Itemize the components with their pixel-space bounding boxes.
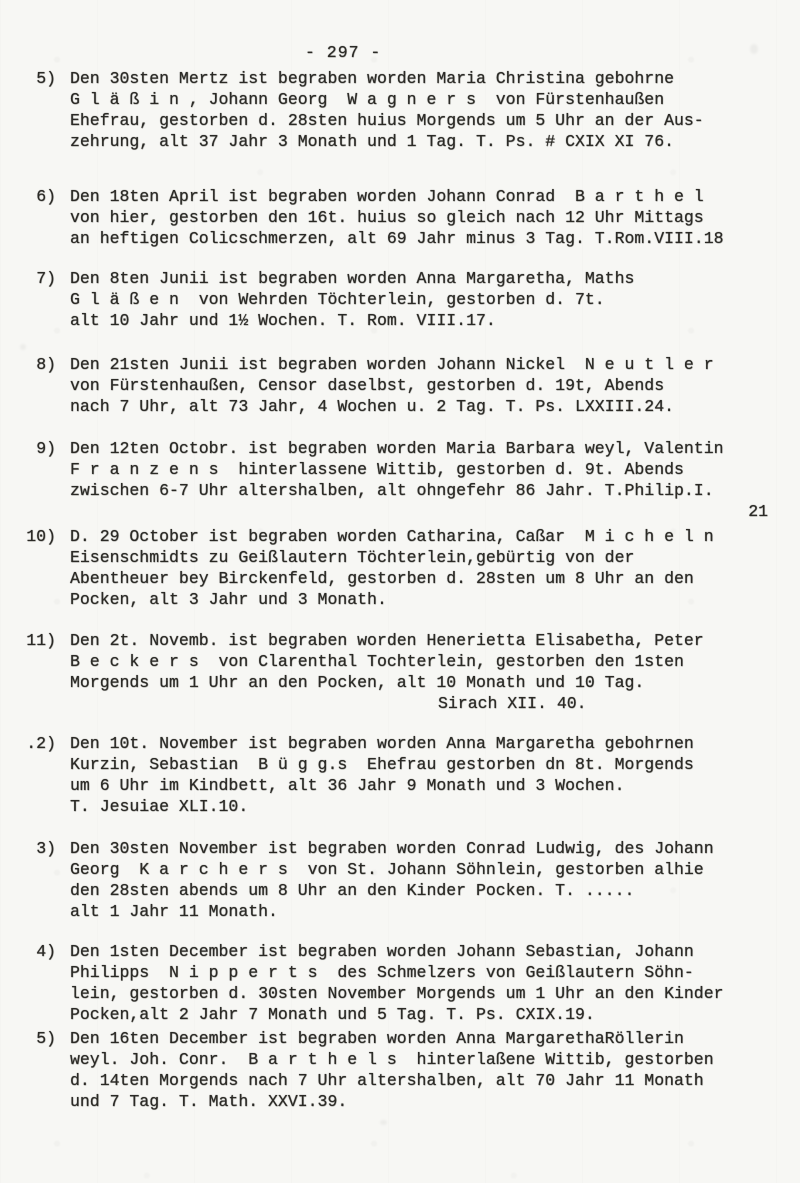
entry-line: von hier, gestorben den 16t. huius so gl… bbox=[70, 207, 780, 228]
entry-line: Den 8ten Junii ist begraben worden Anna … bbox=[70, 268, 780, 289]
entry-line: Pocken, alt 3 Jahr und 3 Monath. bbox=[70, 589, 780, 610]
entry-line: d. 14ten Morgends nach 7 Uhr altershalbe… bbox=[70, 1070, 780, 1091]
burial-entry-10: 10) D. 29 October ist begraben worden Ca… bbox=[14, 526, 786, 610]
scan-smudge bbox=[380, 1120, 387, 1125]
burial-entry-8: 8) Den 21sten Junii ist begraben worden … bbox=[14, 354, 786, 417]
entry-line: Den 12ten Octobr. ist begraben worden Ma… bbox=[70, 438, 780, 459]
entry-line: von Fürstenhaußen, Censor daselbst, gest… bbox=[70, 375, 780, 396]
entry-number: 10) bbox=[14, 526, 56, 547]
entry-line: T. Jesuiae XLI.10. bbox=[70, 796, 780, 817]
entry-line: Den 16ten December ist begraben worden A… bbox=[70, 1028, 780, 1049]
entry-line: und 7 Tag. T. Math. XXVI.39. bbox=[70, 1091, 780, 1112]
entry-number: 3) bbox=[14, 838, 56, 859]
entry-line: an heftigen Colicschmerzen, alt 69 Jahr … bbox=[70, 228, 780, 249]
entry-line: Morgends um 1 Uhr an den Pocken, alt 10 … bbox=[70, 672, 780, 693]
entry-line: Abentheuer bey Birckenfeld, gestorben d.… bbox=[70, 568, 780, 589]
entry-line: alt 10 Jahr und 1½ Wochen. T. Rom. VIII.… bbox=[70, 310, 780, 331]
burial-entry-7: 7) Den 8ten Junii ist begraben worden An… bbox=[14, 268, 786, 331]
page-number: - 297 - bbox=[305, 42, 381, 63]
entry-line: weyl. Joh. Conr. B a r t h e l s hinterl… bbox=[70, 1049, 780, 1070]
entry-line: Den 21sten Junii ist begraben worden Joh… bbox=[70, 354, 780, 375]
entry-line: Den 30sten November ist begraben worden … bbox=[70, 838, 780, 859]
entry-number: 8) bbox=[14, 354, 56, 375]
entry-page-ref: 21 bbox=[70, 501, 780, 522]
entry-line: Ehefrau, gestorben d. 28sten huius Morge… bbox=[70, 110, 780, 131]
entry-line: G l ä ß e n von Wehrden Töchterlein, ges… bbox=[70, 289, 780, 310]
entry-line: Philipps N i p p e r t s des Schmelzers … bbox=[70, 962, 780, 983]
entry-line: Den 2t. Novemb. ist begraben worden Hene… bbox=[70, 630, 780, 651]
entry-line: Den 1sten December ist begraben worden J… bbox=[70, 941, 780, 962]
entry-line: nach 7 Uhr, alt 73 Jahr, 4 Wochen u. 2 T… bbox=[70, 396, 780, 417]
scan-smudge bbox=[20, 344, 26, 350]
entry-line: zwischen 6-7 Uhr altershalben, alt ohnge… bbox=[70, 480, 780, 501]
entry-line: B e c k e r s von Clarenthal Tochterlein… bbox=[70, 651, 780, 672]
entry-number: 5) bbox=[14, 68, 56, 89]
entry-line: F r a n z e n s hinterlassene Wittib, ge… bbox=[70, 459, 780, 480]
entry-number: 4) bbox=[14, 941, 56, 962]
entry-line: zehrung, alt 37 Jahr 3 Monath und 1 Tag.… bbox=[70, 131, 780, 152]
entry-number: 11) bbox=[14, 630, 56, 651]
entry-line: den 28sten abends um 8 Uhr an den Kinder… bbox=[70, 880, 780, 901]
burial-entry-15: 5) Den 16ten December ist begraben worde… bbox=[14, 1028, 786, 1112]
entry-line: um 6 Uhr im Kindbett, alt 36 Jahr 9 Mona… bbox=[70, 775, 780, 796]
entry-number: 9) bbox=[14, 438, 56, 459]
entry-line: lein, gestorben d. 30sten November Morge… bbox=[70, 983, 780, 1004]
burial-entry-5: 5) Den 30sten Mertz ist begraben worden … bbox=[14, 68, 786, 152]
entry-number: 5) bbox=[14, 1028, 56, 1049]
entry-line: Pocken,alt 2 Jahr 7 Monath und 5 Tag. T.… bbox=[70, 1004, 780, 1025]
entry-number: 6) bbox=[14, 186, 56, 207]
burial-entry-9: 9) Den 12ten Octobr. ist begraben worden… bbox=[14, 438, 786, 522]
entry-number: 7) bbox=[14, 268, 56, 289]
burial-entry-14: 4) Den 1sten December ist begraben worde… bbox=[14, 941, 786, 1025]
burial-entry-12: .2) Den 10t. November ist begraben worde… bbox=[14, 733, 786, 817]
scan-smudge bbox=[750, 44, 758, 54]
burial-entry-13: 3) Den 30sten November ist begraben word… bbox=[14, 838, 786, 922]
burial-entry-6: 6) Den 18ten April ist begraben worden J… bbox=[14, 186, 786, 249]
entry-line: Georg K a r c h e r s von St. Johann Söh… bbox=[70, 859, 780, 880]
entry-line: D. 29 October ist begraben worden Cathar… bbox=[70, 526, 780, 547]
entry-number: .2) bbox=[14, 733, 56, 754]
entry-line: Eisenschmidts zu Geißlautern Töchterlein… bbox=[70, 547, 780, 568]
entry-line: Den 30sten Mertz ist begraben worden Mar… bbox=[70, 68, 780, 89]
entry-scripture-ref: Sirach XII. 40. bbox=[70, 693, 780, 714]
burial-entry-11: 11) Den 2t. Novemb. ist begraben worden … bbox=[14, 630, 786, 714]
entry-line: alt 1 Jahr 11 Monath. bbox=[70, 901, 780, 922]
entry-line: Den 18ten April ist begraben worden Joha… bbox=[70, 186, 780, 207]
entry-line: G l ä ß i n , Johann Georg W a g n e r s… bbox=[70, 89, 780, 110]
entry-line: Kurzin, Sebastian B ü g g.s Ehefrau gest… bbox=[70, 754, 780, 775]
entry-line: Den 10t. November ist begraben worden An… bbox=[70, 733, 780, 754]
scanned-register-page: - 297 - 5) Den 30sten Mertz ist begraben… bbox=[0, 0, 800, 1183]
